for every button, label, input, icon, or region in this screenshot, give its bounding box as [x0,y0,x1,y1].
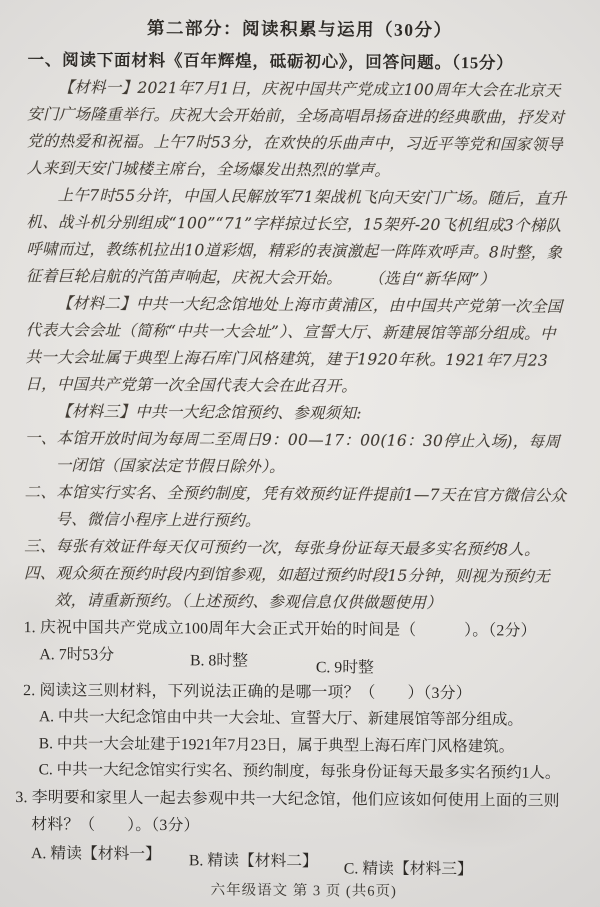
question-3-option-a: A. 精读【材料一】 [31,840,161,868]
material-1-source: （选自“新华网”） [342,269,496,288]
question-3-option-b: B. 精读【材料二】 [189,847,318,875]
material-3-notice-list: 一、本馆开放时间为每周二至周日9：00—17：00(16：30停止入场)，每周一… [24,425,569,618]
material-2-paragraph: 【材料二】中共一大纪念馆地处上海市黄浦区，由中国共产党第一次全国代表大会会址（简… [25,290,570,402]
question-2-options: A. 中共一大纪念馆由中共一大会址、宣誓大厅、新建展馆等部分组成。 B. 中共一… [23,704,568,787]
material-1-paragraph-2: 上午7时55分许，中国人民解放军71架战机飞向天安门广场。随后，直升机、战斗机分… [26,182,571,294]
question-1-option-c: C. 9时整 [316,654,374,681]
page-title: 第二部分：阅读积累与运用（30分） [28,14,572,43]
question-1-options: A. 7时53分 B. 8时整 C. 9时整 [23,641,567,672]
question-2-stem: 2. 阅读这三则材料，下列说法正确的是哪一项？（ ）（3分） [23,677,567,708]
question-2: 2. 阅读这三则材料，下列说法正确的是哪一项？（ ）（3分） A. 中共一大纪念… [23,677,568,787]
notice-item-3: 三、每张有效证件每天仅可预约一次，每张身份证每天最多实名预约8人。 [24,533,568,564]
notice-item-4: 四、观众须在预约时段内到馆参观，如超过预约时段15分钟，则视为预约无效，请重新预… [24,560,568,618]
page-footer: 六年级语文 第 3 页 (共6页) [32,877,576,902]
question-1: 1. 庆祝中国共产党成立100周年大会正式开始的时间是（ ）。（2分） A. 7… [23,614,567,672]
question-2-option-b: B. 中共一大会址建于1921年7月23日，属于典型上海石库门风格建筑。 [23,731,567,761]
question-1-option-a: A. 7时53分 [39,641,114,669]
question-1-option-b: B. 8时整 [190,647,248,674]
question-3-options: A. 精读【材料一】 B. 精读【材料二】 C. 精读【材料三】 [22,840,566,871]
notice-item-1: 一、本馆开放时间为每周二至周日9：00—17：00(16：30停止入场)，每周一… [25,425,569,483]
material-3-heading: 【材料三】中共一大纪念馆预约、参观须知: [25,398,569,429]
notice-item-2: 二、本馆实行实名、全预约制度，凭有效预约证件提前1—7天在官方微信公众号、微信小… [24,479,568,537]
question-1-stem: 1. 庆祝中国共产党成立100周年大会正式开始的时间是（ ）。（2分） [24,614,568,645]
question-3: 3. 李明要和家里人一起去参观中共一大纪念馆，他们应该如何使用上面的三则材料？（… [22,784,567,871]
exam-page: 第二部分：阅读积累与运用（30分） 一、阅读下面材料《百年辉煌，砥砺初心》，回答… [0,0,600,907]
section-heading: 一、阅读下面材料《百年辉煌，砥砺初心》，回答问题。（15分） [27,46,571,78]
question-2-option-a: A. 中共一大纪念馆由中共一大会址、宣誓大厅、新建展馆等部分组成。 [23,704,567,734]
question-2-option-c: C. 中共一大纪念馆实行实名、预约制度，每张身份证每天最多实名预约1人。 [23,757,567,787]
material-1-paragraph-1: 【材料一】2021年7月1日，庆祝中国共产党成立100周年大会在北京天安门广场隆… [27,74,572,186]
question-3-stem: 3. 李明要和家里人一起去参观中共一大纪念馆，他们应该如何使用上面的三则材料？（… [15,784,566,842]
